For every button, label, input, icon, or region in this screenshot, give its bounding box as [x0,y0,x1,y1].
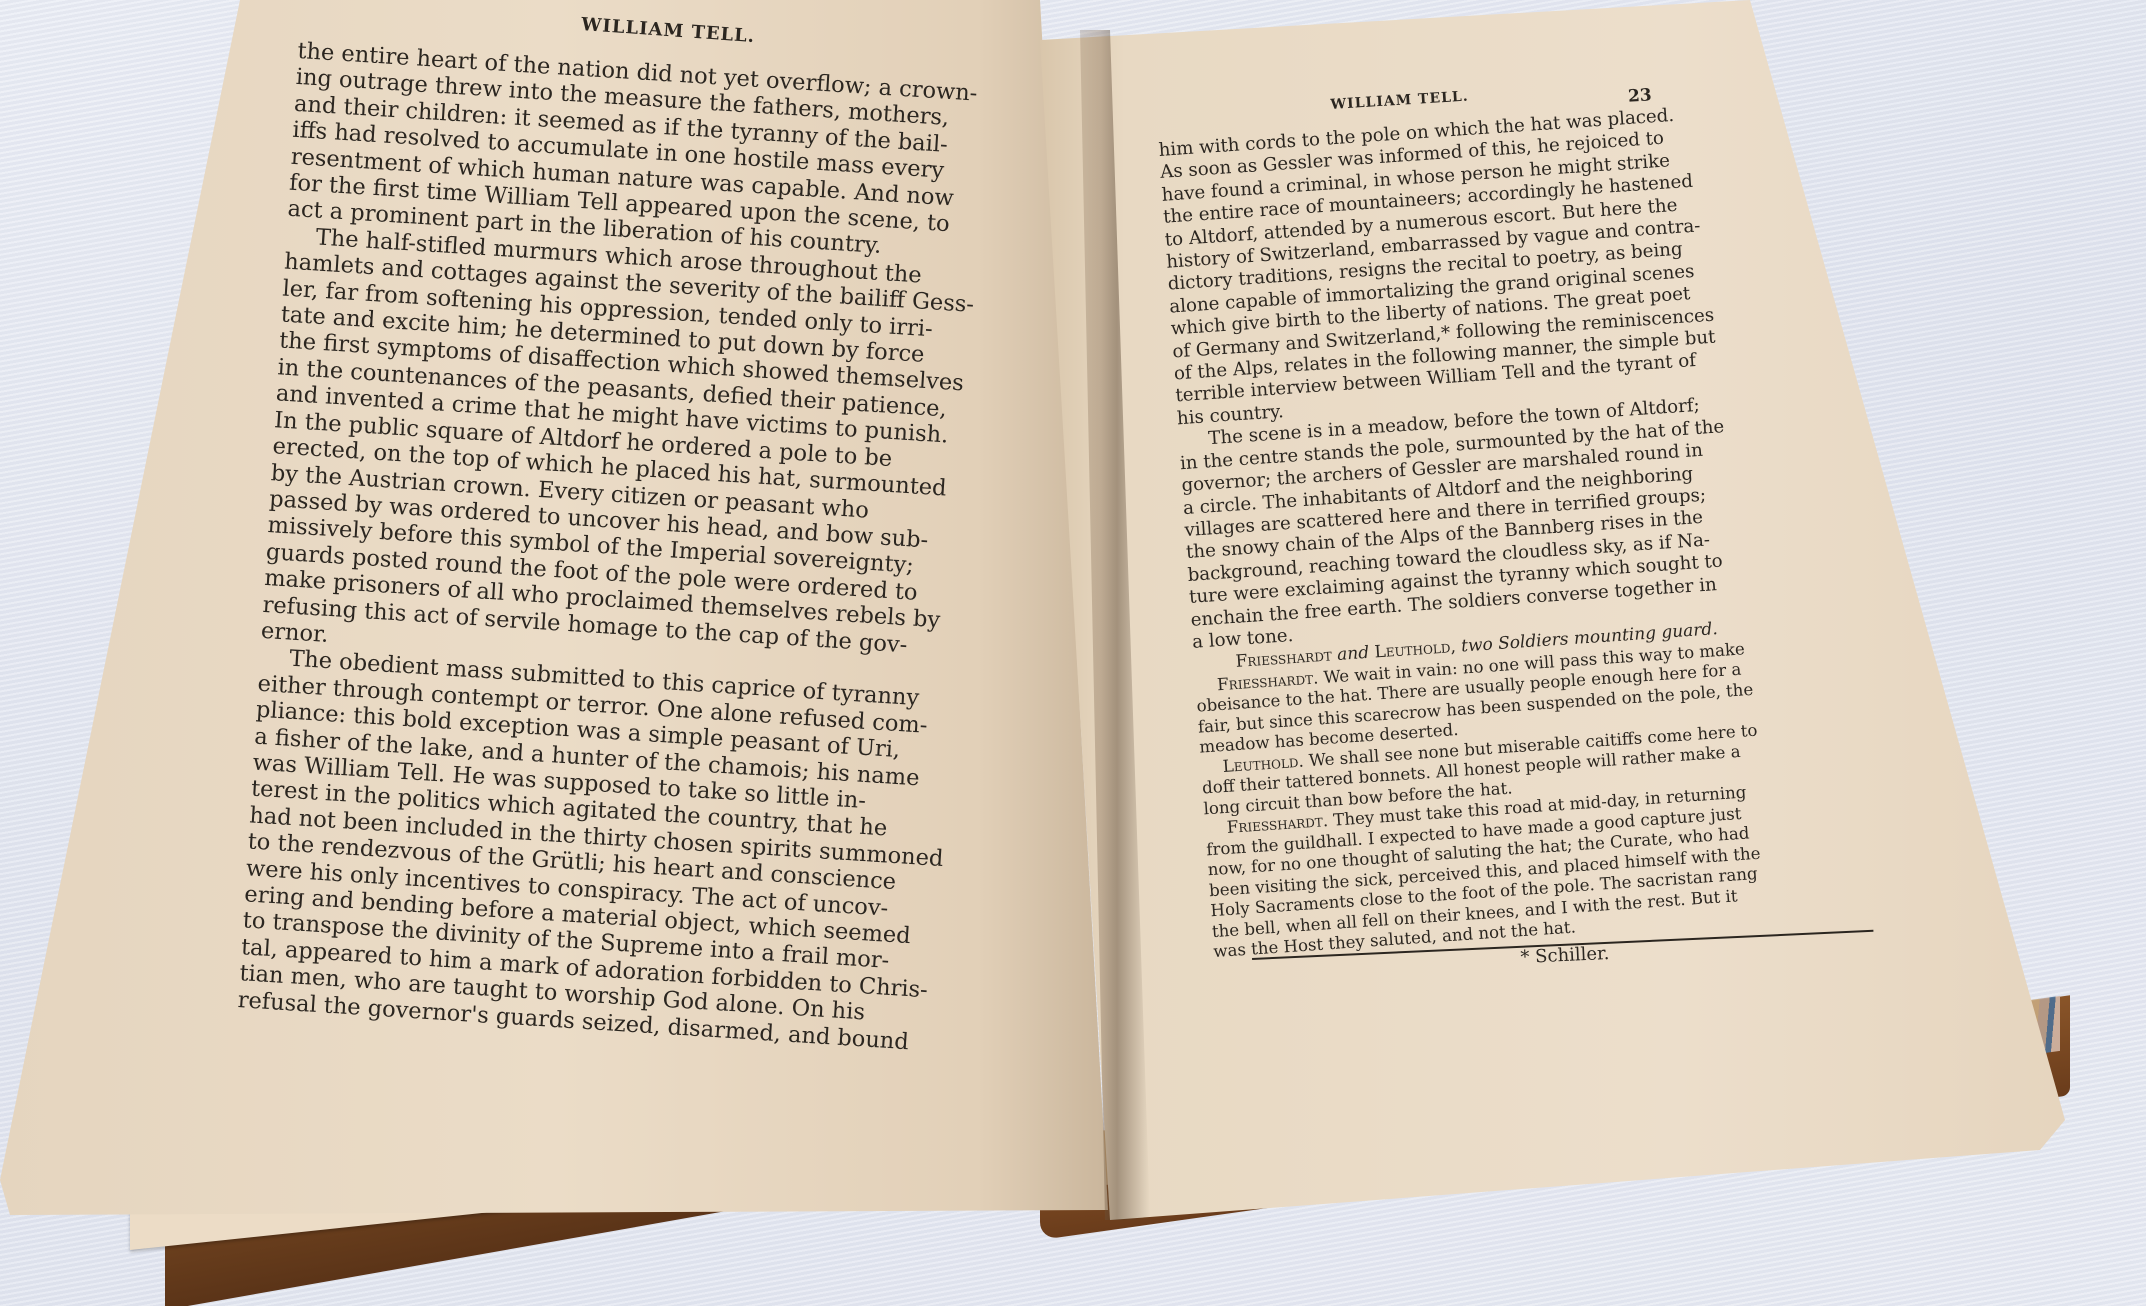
left-page-text: the entire heart of the nation did not y… [237,12,994,1057]
page-number: 23 [1627,85,1652,106]
conjunction: and [1337,643,1370,665]
right-narrative: him with cords to the pole on which the … [1158,102,1750,654]
dialogue: Friesshardt. We wait in vain: no one wil… [1195,639,1771,963]
open-book: WILLIAM TELL. the entire heart of the na… [0,0,2146,1306]
footnote: * Schiller. [1520,943,1610,968]
right-page-text: him with cords to the pole on which the … [1158,102,1771,963]
